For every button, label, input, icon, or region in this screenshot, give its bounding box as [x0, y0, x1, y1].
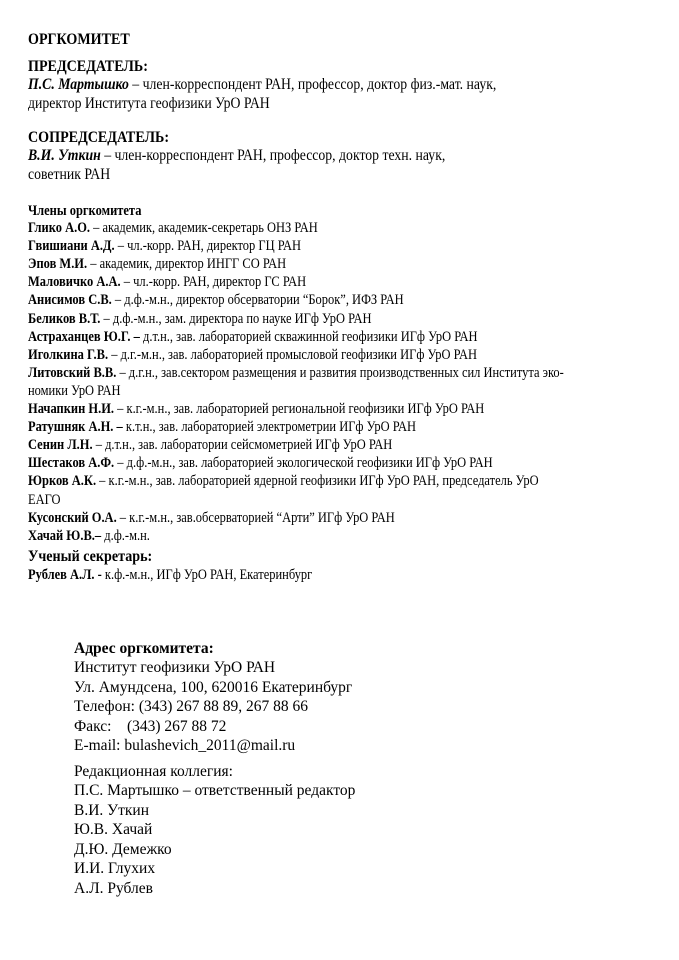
editorial-member: А.Л. Рублев — [74, 880, 153, 898]
address-line: Ул. Амундсена, 100, 620016 Екатеринбург — [74, 679, 352, 697]
address-line: Институт геофизики УрО РАН — [74, 659, 275, 677]
member-line: Глико А.О. – академик, академик-секретар… — [28, 220, 318, 237]
member-name: Маловичко А.А. — [28, 274, 121, 290]
cochairman-heading: СОПРЕДСЕДАТЕЛЬ: — [28, 129, 169, 147]
member-name: Гвишиани А.Д. — [28, 238, 115, 254]
member-name: Кусонский О.А. — [28, 510, 117, 526]
member-desc: к.т.н., зав. лабораторией электрометрии … — [123, 419, 416, 435]
member-desc: номики УрО РАН — [28, 383, 121, 399]
editorial-heading: Редакционная коллегия: — [74, 763, 233, 781]
cochairman-line-2: советник РАН — [28, 166, 110, 184]
member-name: Эпов М.И. — [28, 256, 87, 272]
member-name: Иголкина Г.В. — [28, 347, 108, 363]
member-name: Глико А.О. — [28, 220, 90, 236]
member-line: Шестаков А.Ф. – д.ф.-м.н., зав. лаборато… — [28, 455, 493, 472]
chairman-name: П.С. Мартышко — [28, 76, 129, 93]
member-line: Кусонский О.А. – к.г.-м.н., зав.обсерват… — [28, 510, 395, 527]
member-desc: д.ф.-м.н. — [101, 528, 150, 544]
address-line: Телефон: (343) 267 88 89, 267 88 66 — [74, 698, 308, 716]
member-line: Иголкина Г.В. – д.г.-м.н., зав. лаборато… — [28, 347, 477, 364]
member-name: Начапкин Н.И. — [28, 401, 114, 417]
member-line: Гвишиани А.Д. – чл.-корр. РАН, директор … — [28, 238, 301, 255]
cochairman-desc-1: – член-корреспондент РАН, профессор, док… — [101, 147, 446, 164]
member-desc: – д.т.н., зав. лаборатории сейсмометрией… — [93, 437, 393, 453]
member-desc: – д.ф.-м.н., директор обсерватории “Боро… — [112, 292, 404, 308]
member-line: Астраханцев Ю.Г. – д.т.н., зав. лаборато… — [28, 329, 478, 346]
document-page: ОРГКОМИТЕТ ПРЕДСЕДАТЕЛЬ: П.С. Мартышко –… — [0, 0, 679, 960]
member-name: Анисимов С.В. — [28, 292, 112, 308]
member-desc: д.т.н., зав. лабораторией скважинной гео… — [140, 329, 478, 345]
member-line: Сенин Л.Н. – д.т.н., зав. лаборатории се… — [28, 437, 392, 454]
secretary-desc: к.ф.-м.н., ИГф УрО РАН, Екатеринбург — [102, 567, 312, 583]
member-desc: – д.г.-м.н., зав. лабораторией промыслов… — [108, 347, 477, 363]
editorial-member: П.С. Мартышко – ответственный редактор — [74, 782, 355, 800]
email-line: E-mail: bulashevich_2011@mail.ru — [74, 737, 295, 755]
member-desc: – чл.-корр. РАН, директор ГС РАН — [121, 274, 307, 290]
member-name: Литовский В.В. — [28, 365, 116, 381]
member-desc: – академик, академик-секретарь ОНЗ РАН — [90, 220, 318, 236]
secretary-line: Рублев А.Л. - к.ф.-м.н., ИГф УрО РАН, Ек… — [28, 567, 312, 584]
member-line: номики УрО РАН — [28, 383, 121, 400]
member-line: ЕАГО — [28, 492, 61, 509]
member-desc: – д.ф.-м.н., зав. лабораторией экологиче… — [114, 455, 492, 471]
member-desc: ЕАГО — [28, 492, 61, 508]
member-desc: – д.г.н., зав.сектором размещения и разв… — [116, 365, 563, 381]
member-line: Начапкин Н.И. – к.г.-м.н., зав. лаборато… — [28, 401, 484, 418]
member-desc: – к.г.-м.н., зав. лабораторией региональ… — [114, 401, 484, 417]
member-line: Ратушняк А.Н. – к.т.н., зав. лабораторие… — [28, 419, 416, 436]
cochairman-line-1: В.И. Уткин – член-корреспондент РАН, про… — [28, 147, 445, 165]
editorial-member: В.И. Уткин — [74, 802, 149, 820]
editorial-member: И.И. Глухих — [74, 860, 155, 878]
chairman-desc-1: – член-корреспондент РАН, профессор, док… — [129, 76, 496, 93]
member-name: Ратушняк А.Н. – — [28, 419, 123, 435]
member-name: Астраханцев Ю.Г. – — [28, 329, 140, 345]
members-heading: Члены оргкомитета — [28, 203, 141, 220]
member-name: Шестаков А.Ф. — [28, 455, 114, 471]
editorial-member: Д.Ю. Демежко — [74, 841, 172, 859]
member-line: Анисимов С.В. – д.ф.-м.н., директор обсе… — [28, 292, 404, 309]
member-name: Сенин Л.Н. — [28, 437, 93, 453]
member-line: Эпов М.И. – академик, директор ИНГГ СО Р… — [28, 256, 286, 273]
editorial-member: Ю.В. Хачай — [74, 821, 152, 839]
member-name: Юрков А.К. — [28, 473, 96, 489]
chairman-heading: ПРЕДСЕДАТЕЛЬ: — [28, 58, 148, 76]
member-line: Беликов В.Т. – д.ф.-м.н., зам. директора… — [28, 311, 371, 328]
member-line: Маловичко А.А. – чл.-корр. РАН, директор… — [28, 274, 306, 291]
member-desc: – д.ф.-м.н., зам. директора по науке ИГф… — [100, 311, 371, 327]
page-title: ОРГКОМИТЕТ — [28, 31, 130, 49]
member-name: Хачай Ю.В.– — [28, 528, 101, 544]
member-desc: – академик, директор ИНГГ СО РАН — [87, 256, 286, 272]
address-line: Факс: (343) 267 88 72 — [74, 718, 226, 736]
chairman-line-1: П.С. Мартышко – член-корреспондент РАН, … — [28, 76, 496, 94]
member-line: Юрков А.К. – к.г.-м.н., зав. лабораторие… — [28, 473, 539, 490]
member-line: Хачай Ю.В.– д.ф.-м.н. — [28, 528, 150, 545]
cochairman-name: В.И. Уткин — [28, 147, 101, 164]
member-desc: – к.г.-м.н., зав.обсерваторией “Арти” ИГ… — [117, 510, 395, 526]
member-desc: – чл.-корр. РАН, директор ГЦ РАН — [115, 238, 301, 254]
chairman-line-2: директор Института геофизики УрО РАН — [28, 95, 270, 113]
address-heading: Адрес оргкомитета: — [74, 640, 214, 658]
member-desc: – к.г.-м.н., зав. лабораторией ядерной г… — [96, 473, 539, 489]
secretary-name: Рублев А.Л. - — [28, 567, 102, 583]
secretary-heading: Ученый секретарь: — [28, 548, 152, 566]
member-name: Беликов В.Т. — [28, 311, 100, 327]
member-line: Литовский В.В. – д.г.н., зав.сектором ра… — [28, 365, 564, 382]
